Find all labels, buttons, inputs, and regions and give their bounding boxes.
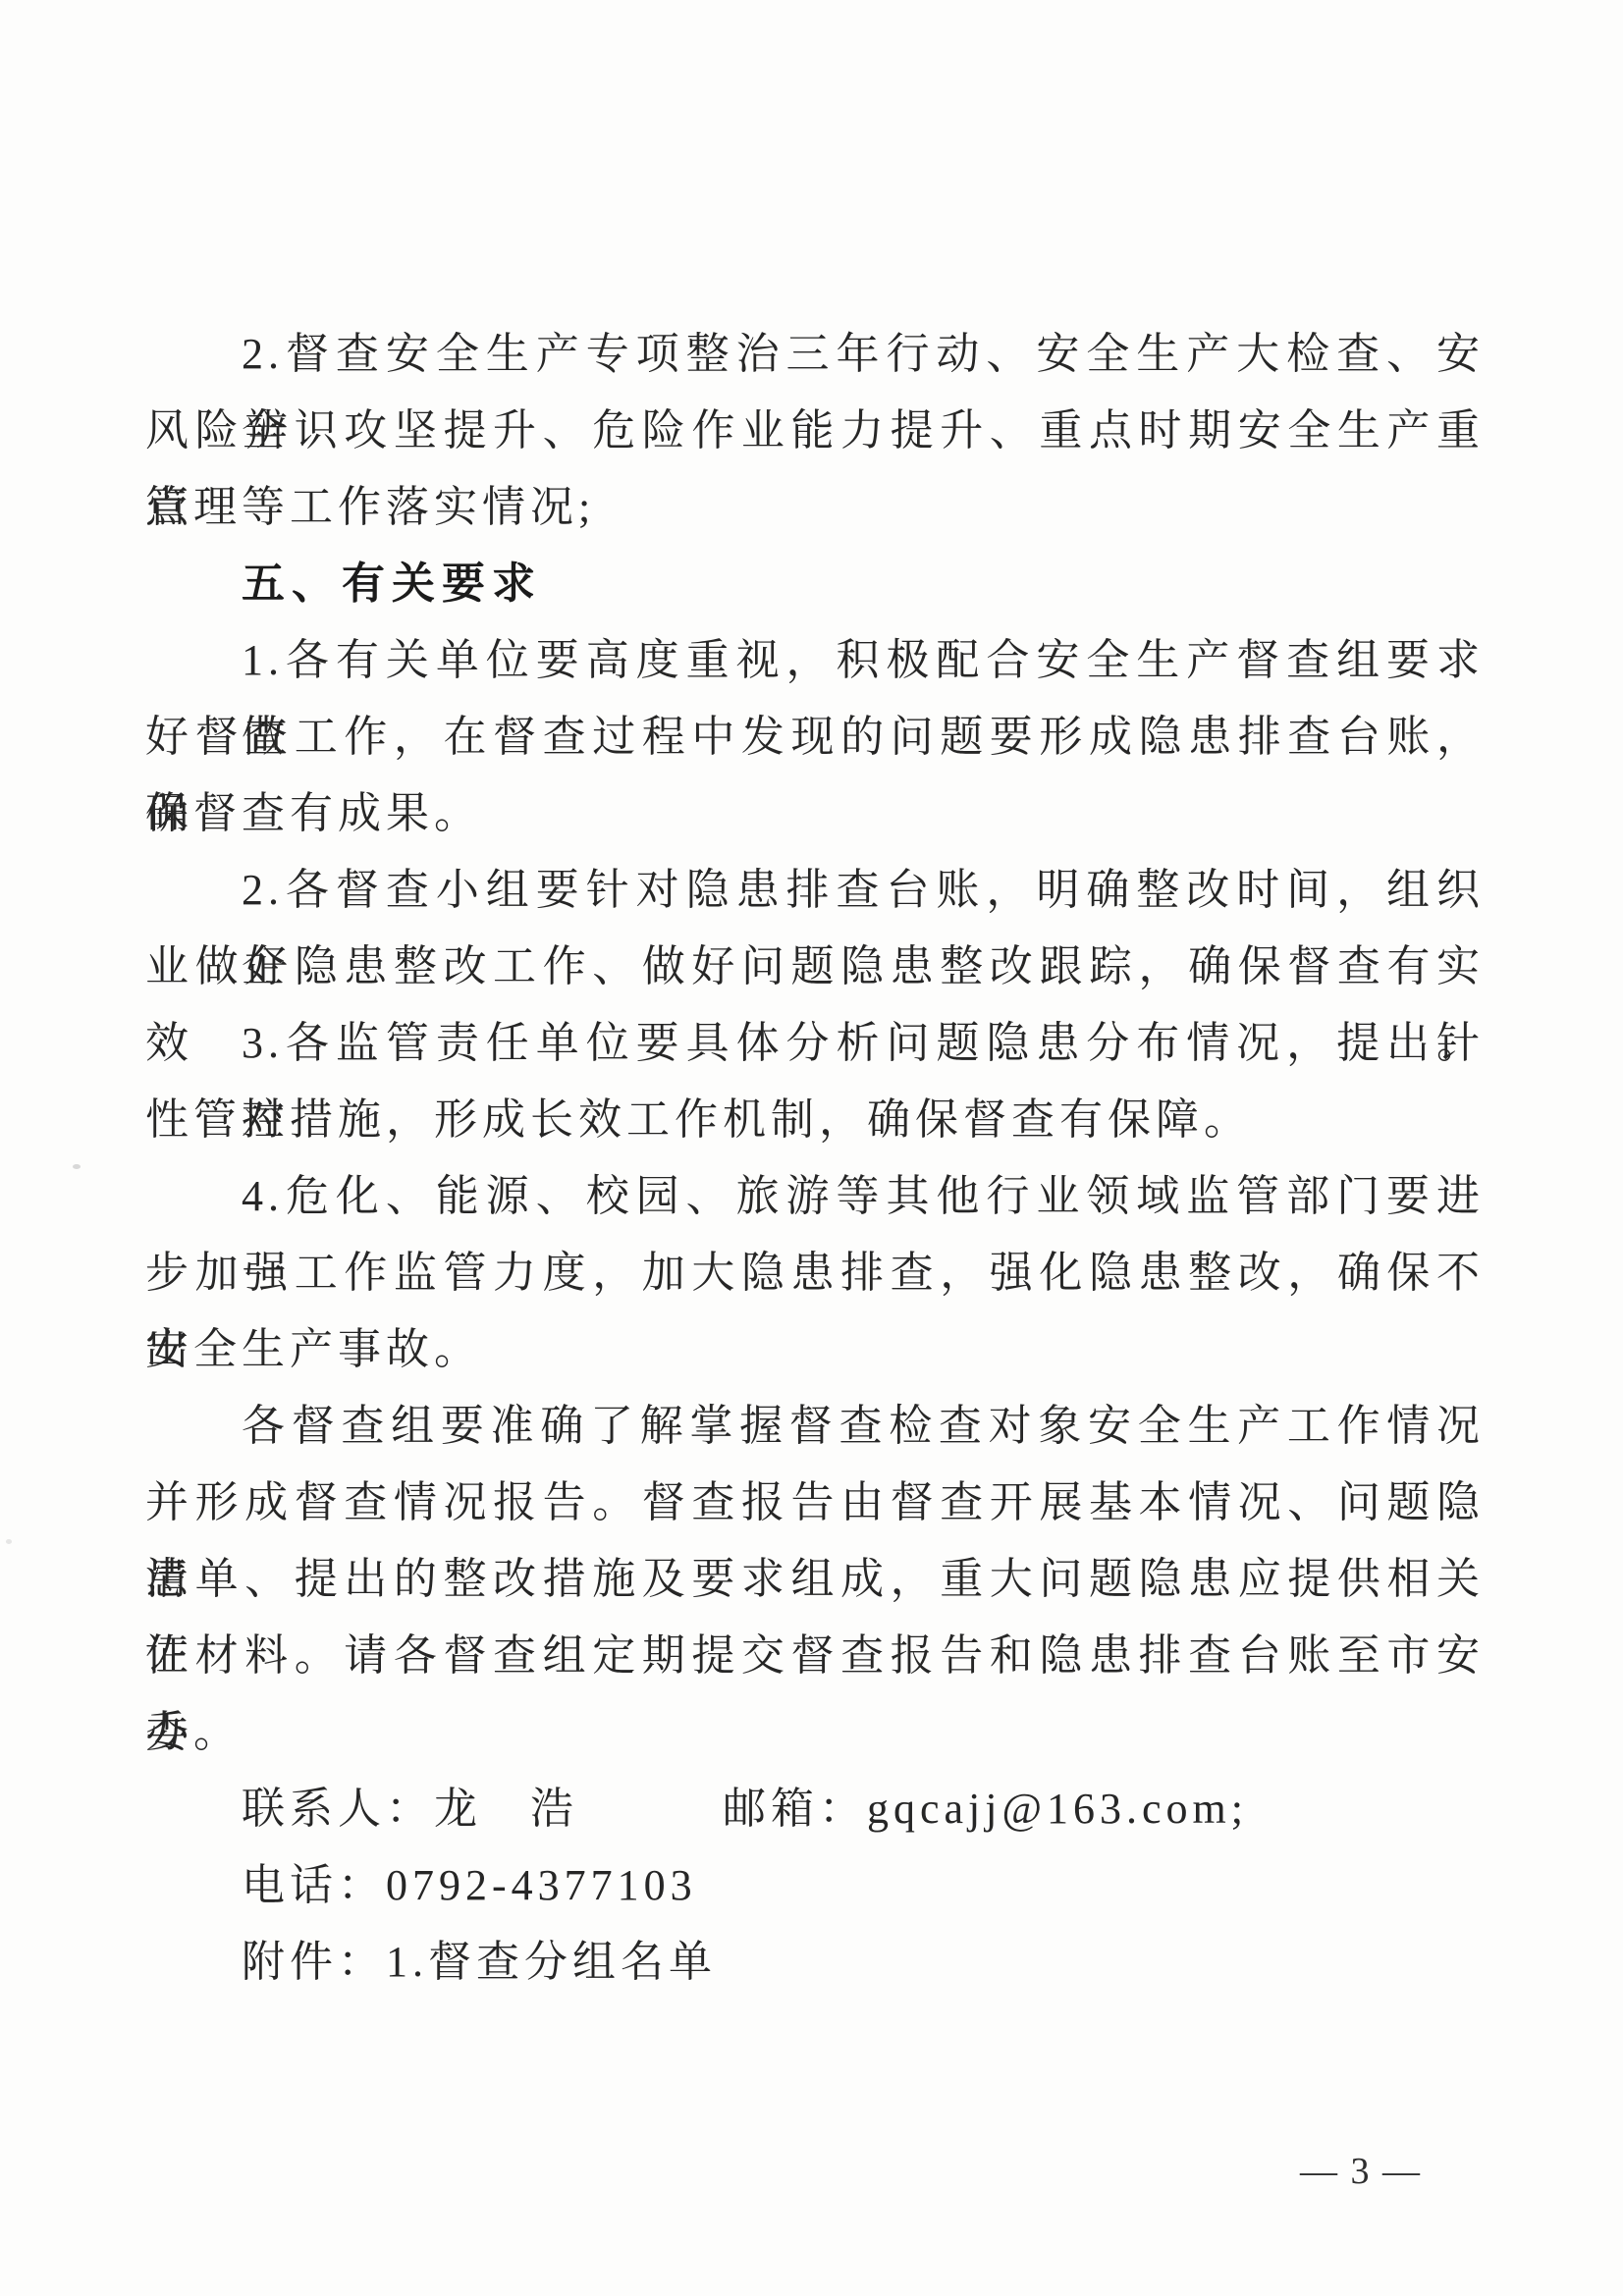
text-line: 业做好隐患整改工作、做好问题隐患整改跟踪，确保督查有实效。 bbox=[145, 929, 1485, 1005]
text-line: 步加强工作监管力度，加大隐患排查，强化隐患整改，确保不出 bbox=[145, 1235, 1485, 1311]
text-line: 2.督查安全生产专项整治三年行动、安全生产大检查、安全 bbox=[145, 316, 1485, 393]
text-line: 风险辨识攻坚提升、危险作业能力提升、重点时期安全生产重点 bbox=[145, 393, 1485, 469]
text-line: 证材料。请各督查组定期提交督查报告和隐患排查台账至市安委 bbox=[145, 1618, 1485, 1694]
scan-artifact bbox=[73, 1164, 81, 1169]
page-number: — 3 — bbox=[1272, 2146, 1449, 2197]
text-line: 1.各有关单位要高度重视，积极配合安全生产督查组要求做 bbox=[145, 622, 1485, 699]
text-line: 办。 bbox=[145, 1694, 1485, 1771]
text-line: 4.危化、能源、校园、旅游等其他行业领域监管部门要进一 bbox=[145, 1158, 1485, 1235]
text-line: 3.各监管责任单位要具体分析问题隐患分布情况，提出针对 bbox=[145, 1005, 1485, 1082]
text-line: 好督查工作，在督查过程中发现的问题要形成隐患排查台账，确 bbox=[145, 699, 1485, 775]
document-body: 2.督查安全生产专项整治三年行动、安全生产大检查、安全风险辨识攻坚提升、危险作业… bbox=[145, 316, 1485, 2001]
text-line: 安全生产事故。 bbox=[145, 1311, 1485, 1388]
text-line: 附件：1.督查分组名单 bbox=[145, 1924, 1485, 2001]
text-line: 各督查组要准确了解掌握督查检查对象安全生产工作情况 bbox=[145, 1388, 1485, 1465]
text-line: 并形成督查情况报告。督查报告由督查开展基本情况、问题隐患 bbox=[145, 1465, 1485, 1541]
text-line: 联系人：龙 浩 邮箱：gqcajj@163.com; bbox=[145, 1771, 1485, 1847]
scan-artifact bbox=[6, 1539, 12, 1544]
document-page: 2.督查安全生产专项整治三年行动、安全生产大检查、安全风险辨识攻坚提升、危险作业… bbox=[0, 0, 1623, 2296]
text-line: 2.各督查小组要针对隐患排查台账，明确整改时间，组织企 bbox=[145, 852, 1485, 929]
text-line: 电话：0792-4377103 bbox=[145, 1847, 1485, 1924]
text-line: 管理等工作落实情况; bbox=[145, 469, 1485, 546]
text-line: 清单、提出的整改措施及要求组成，重大问题隐患应提供相关佐 bbox=[145, 1541, 1485, 1618]
text-line: 性管控措施，形成长效工作机制，确保督查有保障。 bbox=[145, 1082, 1485, 1158]
text-line: 五、有关要求 bbox=[145, 546, 1485, 622]
text-line: 保督查有成果。 bbox=[145, 775, 1485, 852]
